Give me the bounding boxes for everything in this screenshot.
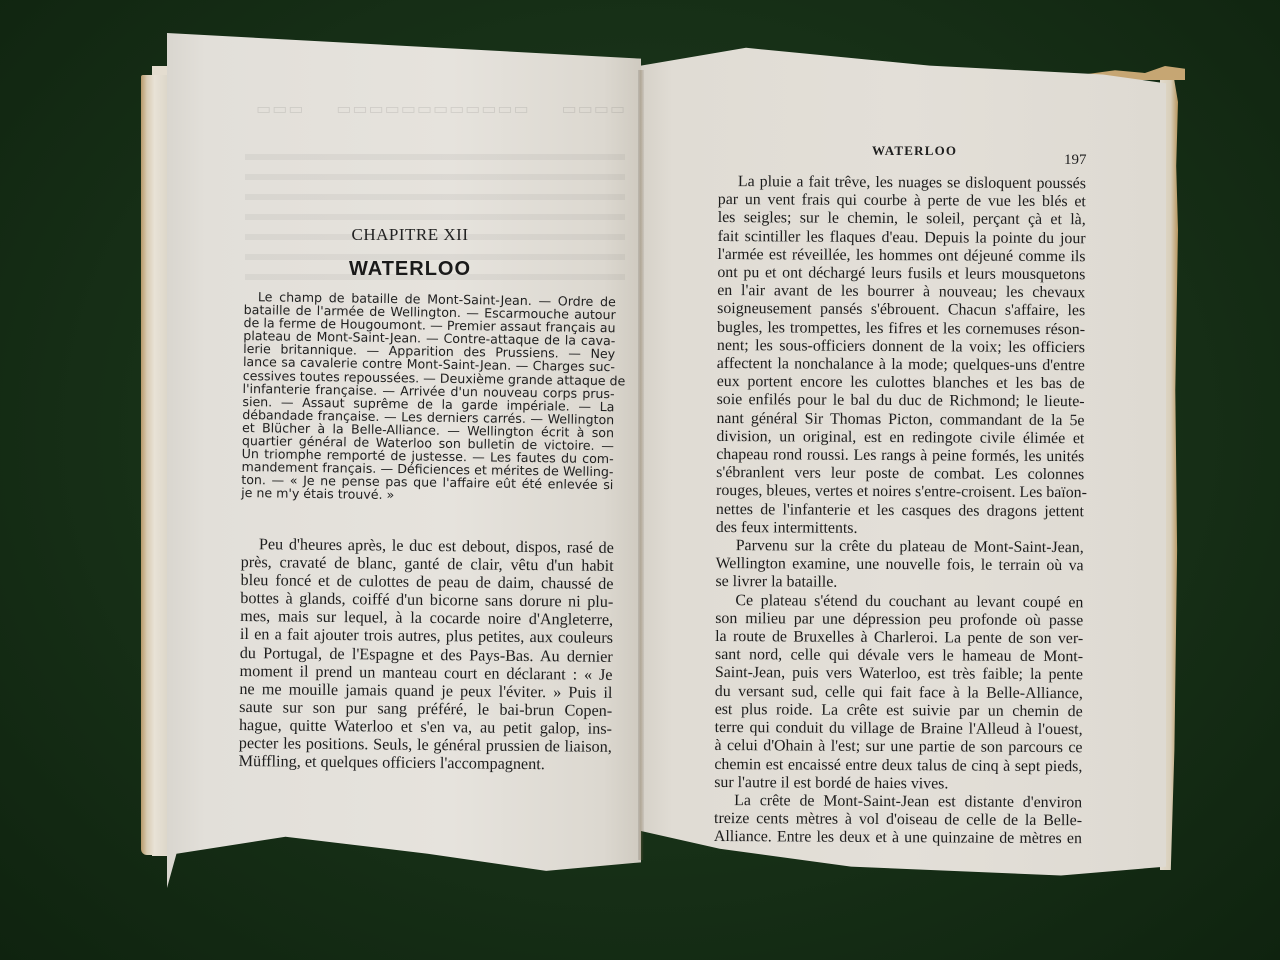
body-line: est plus roide. La crête est suivie par … (715, 701, 1083, 721)
body-line: terre qui conduit du village de Braine l… (715, 719, 1083, 739)
body-line: à celui d'Ohain à l'est; sur une partie … (714, 737, 1082, 757)
body-line: Parvenu sur la crête du plateau de Mont-… (716, 537, 1084, 557)
body-line: chapeau rond roussi. Les rangs à peine f… (716, 446, 1084, 466)
chapter-number: CHAPITRE XII (240, 225, 580, 245)
body-line: Alliance. Entre les deux et à une quinza… (714, 828, 1082, 848)
open-book: ▭▭▭▭▭▭▭▭▭▭▭▭▭▭▭▭▭▭▭ CHAPITRE XII WATERLO… (0, 0, 1280, 960)
body-line: nant général Sir Thomas Picton, commanda… (716, 410, 1084, 430)
body-line: ont pu et ont déchargé leurs fusils et l… (717, 264, 1085, 284)
page-number: 197 (1064, 152, 1087, 169)
bleed-through-header: ▭▭▭▭▭▭▭▭▭▭▭▭▭▭▭▭▭▭▭ (255, 99, 625, 119)
body-line: sant nord, celle qui dévale vers le hame… (715, 646, 1083, 666)
body-line: son milieu par une dépression peu profon… (715, 610, 1083, 630)
right-page-body: La pluie a fait trêve, les nuages se dis… (714, 173, 1086, 849)
body-line: en l'air avant de les bourrer à nouveau;… (717, 282, 1085, 302)
body-line: Müffling, et quelques officiers l'accomp… (239, 752, 612, 774)
body-line: soie enfilés pour le bal du duc de Richm… (717, 391, 1085, 411)
body-line: treize cents mètres à vol d'oiseau de ce… (714, 810, 1082, 830)
book-gutter (638, 70, 644, 860)
body-line: Wellington examine, une nouvelle fois, l… (716, 555, 1084, 575)
chapter-title: WATERLOO (240, 258, 580, 281)
body-line: chemin est encaissé entre deux talus de … (714, 755, 1082, 775)
body-line: par un vent frais qui courbe à perte de … (718, 191, 1086, 211)
body-line: nettes de l'infanterie et les casques de… (716, 501, 1084, 521)
body-line: eux portent encore les culottes blanches… (717, 373, 1085, 393)
running-head: WATERLOO (872, 143, 957, 159)
body-line: nent; les sous-officiers donnent de la v… (717, 337, 1085, 357)
body-line: division, un original, est en redingote … (716, 428, 1084, 448)
body-line: des feux intermittents. (716, 519, 1084, 539)
chapter-summary: Le champ de bataille de Mont-Saint-Jean.… (241, 290, 616, 505)
page-edge-left (141, 75, 171, 855)
body-line: La pluie a fait trêve, les nuages se dis… (718, 173, 1086, 193)
body-line: soigneusement pansés s'ébrouent. Chacun … (717, 300, 1085, 320)
body-line: rouges, bleues, vertes et noires s'entre… (716, 482, 1084, 502)
body-line: se livrer la bataille. (715, 573, 1083, 593)
body-line: Saint-Jean, puis vers Waterloo, est très… (715, 664, 1083, 684)
body-line: bugles, les trompettes, les fifres et le… (717, 319, 1085, 339)
body-line: l'armée est réveillée, les hommes ont dé… (717, 246, 1085, 266)
body-line: affectent la nonchalance à la mode; quel… (717, 355, 1085, 375)
left-page-body: Peu d'heures après, le duc est debout, d… (239, 535, 614, 774)
body-line: les seigles; sur le chemin, le soleil, p… (718, 209, 1086, 229)
body-line: La crête de Mont-Saint-Jean est distante… (714, 792, 1082, 812)
body-line: sur l'autre il est bordé de haies vives. (714, 774, 1082, 794)
body-line: du versant sud, celle qui fait face à la… (715, 683, 1083, 703)
body-line: s'ébranlent vers leur poste de combat. L… (716, 464, 1084, 484)
body-line: la route de Bruxelles à Charleroi. La pe… (715, 628, 1083, 648)
body-line: fait scintiller les flaques d'eau. Depui… (718, 228, 1086, 248)
body-line: Ce plateau s'étend du couchant au levant… (715, 592, 1083, 612)
